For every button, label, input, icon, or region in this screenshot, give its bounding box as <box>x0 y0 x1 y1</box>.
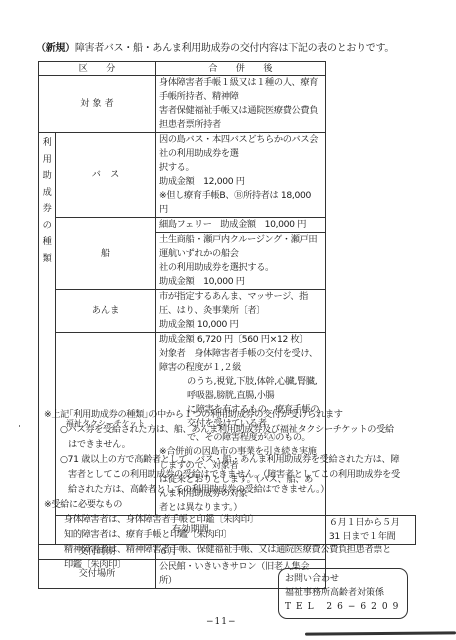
table-header-row: 区 分 合 併 後 <box>39 62 416 76</box>
ship-content-lines: 土生商船・瀬戸内クルージング・瀬戸田運航いずれかの船会 社の利用助成券を選択する… <box>156 233 326 290</box>
bus-content: 因の島バス・本四バスどちらかのバス会社の利用助成券を選 択する。 助成金額 12… <box>156 133 326 218</box>
required-physical: 身体障害者は、身体障害者手帳と印鑑〔朱肉印〕 <box>44 512 400 527</box>
ship-content-ferry: 細島フェリー 助成金額 10,000 円 <box>156 218 326 233</box>
bus-label: バ ス <box>56 133 156 218</box>
note-one-ticket: ※上記｢利用助成券の種類｣の中から１つの利用助成券の交付が受けられます <box>44 407 400 422</box>
note-bus-exclusive: ○バス券を受給された方は、船、あんま利用助成券及び福祉タクシーチケットの受給 <box>44 422 400 437</box>
contact-dept: 福祉事務所高齢者対策係 <box>285 586 407 600</box>
table-row-anma: あんま 市が指定するあんま、マッサージ、指圧、はり、灸事業所〔者〕 助成金額 1… <box>39 290 416 333</box>
contact-title: お問い合わせ <box>285 572 407 586</box>
ship-label: 船 <box>56 218 156 290</box>
required-intellectual: 知的障害者は、療育手帳と印鑑〔朱肉印〕 <box>44 527 400 542</box>
table-row-ship-a: 船 細島フェリー 助成金額 10,000 円 <box>39 218 416 233</box>
required-mental: 精神障害者は、精神障害者手帳、保健福祉手帳、又は通院医療費公費負担患者票と <box>44 542 400 557</box>
target-content: 身体障害者手帳１級又は１種の人、療育手帳所持者、精神障 害者保健福祉手帳又は通院… <box>156 76 326 133</box>
table-row-target: 対 象 者 身体障害者手帳１級又は１種の人、療育手帳所持者、精神障 害者保健福祉… <box>39 76 416 133</box>
scan-edge-mark <box>305 631 456 635</box>
scan-speck <box>19 425 20 427</box>
new-tag: （新規） <box>36 43 75 54</box>
intro-line: （新規）障害者バス・船・あんま利用助成券の交付内容は下記の表のとおりです。 <box>36 43 394 55</box>
anma-label: あんま <box>56 290 156 333</box>
page-number: −11− <box>206 617 237 627</box>
target-label: 対 象 者 <box>39 76 156 133</box>
notes-section: ※上記｢利用助成券の種類｣の中から１つの利用助成券の交付が受けられます ○バス券… <box>44 407 400 572</box>
note-required-items: ※受給に必要なもの <box>44 497 400 512</box>
header-content: 合 併 後 <box>156 62 326 76</box>
anma-content: 市が指定するあんま、マッサージ、指圧、はり、灸事業所〔者〕 助成金額 10,00… <box>156 290 326 333</box>
header-category: 区 分 <box>39 62 156 76</box>
table-row-bus: 利 用 助 成 券 の 種 類 バ ス 因の島バス・本四バスどちらかのバス会社の… <box>39 133 416 218</box>
contact-box: お問い合わせ 福祉事務所高齢者対策係 TEL 26−6209 <box>278 568 408 619</box>
note-elderly-exclusive: ○71 歳以上の方で高齢者として、バス・船・あんま利用助成券を受給された方は、障 <box>44 452 400 467</box>
contact-tel: TEL 26−6209 <box>285 600 407 614</box>
intro-text: 障害者バス・船・あんま利用助成券の交付内容は下記の表のとおりです。 <box>75 43 394 54</box>
